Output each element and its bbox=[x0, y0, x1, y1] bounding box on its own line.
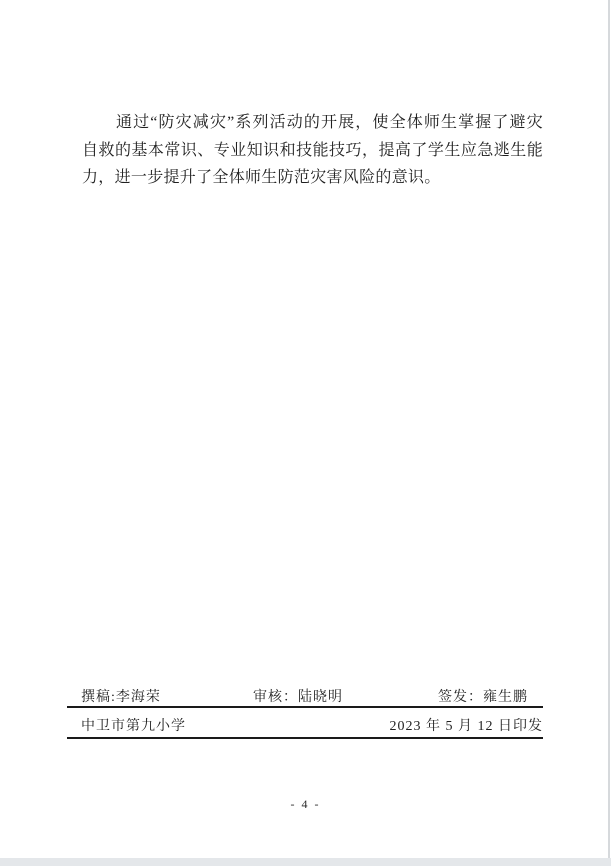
page-right-edge bbox=[608, 0, 610, 859]
organization-name: 中卫市第九小学 bbox=[81, 715, 186, 735]
viewer-background-strip bbox=[0, 858, 611, 866]
drafter-name: 撰稿:李海荣 bbox=[81, 686, 161, 706]
colophon-issue-row: 中卫市第九小学 2023 年 5 月 12 日印发 bbox=[67, 708, 543, 739]
print-date: 2023 年 5 月 12 日印发 bbox=[390, 715, 544, 735]
paragraph-line-1: 通过“防灾减灾”系列活动的开展，使全体师生掌握了避灾 bbox=[82, 109, 543, 137]
colophon-signers-row: 撰稿:李海荣 审核：陆晓明 签发：雍生鹏 bbox=[67, 685, 543, 708]
paragraph-line-3: 力，进一步提升了全体师生防范灾害风险的意识。 bbox=[82, 164, 543, 192]
paragraph-line-2: 自救的基本常识、专业知识和技能技巧，提高了学生应急逃生能 bbox=[82, 137, 543, 165]
document-page: 通过“防灾减灾”系列活动的开展，使全体师生掌握了避灾 自救的基本常识、专业知识和… bbox=[0, 0, 611, 866]
body-paragraph: 通过“防灾减灾”系列活动的开展，使全体师生掌握了避灾 自救的基本常识、专业知识和… bbox=[82, 109, 543, 192]
reviewer-name: 审核：陆晓明 bbox=[253, 686, 343, 706]
page-number: - 4 - bbox=[0, 797, 611, 812]
colophon-block: 撰稿:李海荣 审核：陆晓明 签发：雍生鹏 中卫市第九小学 2023 年 5 月 … bbox=[67, 685, 543, 739]
issuer-name: 签发：雍生鹏 bbox=[438, 686, 528, 706]
